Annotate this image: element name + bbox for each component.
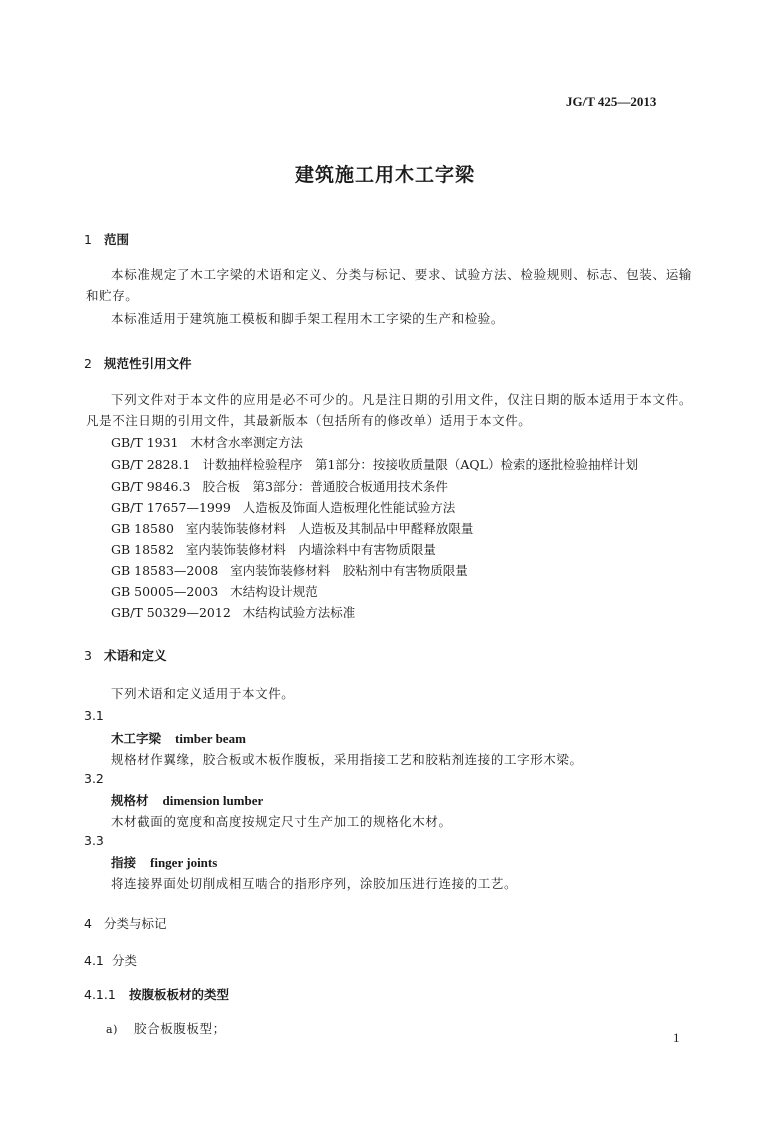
reference-item: GB/T 9846.3胶合板 第3部分：普通胶合板通用技术条件 (111, 477, 448, 495)
reference-code: GB/T 50329—2012 (111, 605, 231, 620)
document-page: JG/T 425—2013 建筑施工用木工字梁 1范围 本标准规定了木工字梁的术… (0, 0, 775, 1122)
reference-code: GB/T 2828.1 (111, 457, 190, 472)
section-3-intro: 下列术语和定义适用于本文件。 (111, 684, 294, 702)
reference-code: GB/T 1931 (111, 435, 179, 450)
list-item: a)胶合板腹板型； (106, 1019, 226, 1037)
section-1-paragraph-1: 本标准规定了木工字梁的术语和定义、分类与标记、要求、试验方法、检验规则、标志、包… (86, 264, 692, 306)
term-definition: 将连接界面处切削成相互啮合的指形序列，涂胶加压进行连接的工艺。 (111, 874, 517, 892)
subsection-number: 4.1.1 (84, 987, 129, 1002)
subsection-4-1-heading: 4.1分类 (84, 951, 137, 969)
reference-item: GB 18580室内装饰装修材料 人造板及其制品中甲醛释放限量 (111, 519, 473, 537)
reference-item: GB/T 2828.1计数抽样检验程序 第1部分：按接收质量限（AQL）检索的逐… (111, 455, 638, 473)
reference-item: GB/T 50329—2012木结构试验方法标准 (111, 603, 355, 621)
section-number: 3 (84, 648, 104, 663)
reference-item: GB 18582室内装饰装修材料 内墙涂料中有害物质限量 (111, 540, 436, 558)
subsection-4-1-1-heading: 4.1.1按腹板板材的类型 (84, 985, 229, 1003)
reference-title: 木结构试验方法标准 (243, 605, 356, 620)
term-heading: 指接finger joints (111, 853, 217, 871)
reference-title: 人造板及饰面人造板理化性能试验方法 (243, 500, 456, 515)
section-number: 1 (84, 232, 104, 247)
list-item-text: 胶合板腹板型； (134, 1021, 226, 1036)
term-number: 3.3 (84, 833, 104, 848)
subsection-title: 分类 (112, 953, 137, 968)
term-zh: 指接 (111, 855, 136, 870)
section-number: 4 (84, 916, 104, 931)
section-title: 范围 (104, 232, 129, 247)
reference-item: GB/T 17657—1999人造板及饰面人造板理化性能试验方法 (111, 498, 455, 516)
term-en: dimension lumber (163, 793, 264, 808)
term-zh: 木工字梁 (111, 731, 161, 746)
term-number: 3.2 (84, 771, 104, 786)
reference-item: GB/T 1931木材含水率测定方法 (111, 433, 303, 451)
reference-title: 室内装饰装修材料 胶粘剂中有害物质限量 (230, 563, 468, 578)
term-heading: 木工字梁timber beam (111, 729, 246, 747)
section-3-heading: 3术语和定义 (84, 646, 167, 664)
term-number: 3.1 (84, 708, 104, 723)
subsection-number: 4.1 (84, 953, 112, 968)
reference-title: 室内装饰装修材料 内墙涂料中有害物质限量 (186, 542, 436, 557)
standard-code: JG/T 425—2013 (566, 94, 656, 110)
reference-code: GB 50005—2003 (111, 584, 218, 599)
list-marker: a) (106, 1023, 134, 1036)
section-4-heading: 4分类与标记 (84, 914, 167, 932)
reference-code: GB 18582 (111, 542, 174, 557)
reference-code: GB/T 17657—1999 (111, 500, 231, 515)
reference-item: GB 50005—2003木结构设计规范 (111, 582, 318, 600)
term-heading: 规格材dimension lumber (111, 791, 263, 809)
term-definition: 木材截面的宽度和高度按规定尺寸生产加工的规格化木材。 (111, 812, 452, 830)
subsection-title: 按腹板板材的类型 (129, 987, 229, 1002)
page-number: 1 (673, 1030, 680, 1046)
section-title: 分类与标记 (104, 916, 167, 931)
section-2-heading: 2规范性引用文件 (84, 354, 192, 372)
reference-code: GB 18583—2008 (111, 563, 218, 578)
section-title: 术语和定义 (104, 648, 167, 663)
term-zh: 规格材 (111, 793, 149, 808)
reference-item: GB 18583—2008室内装饰装修材料 胶粘剂中有害物质限量 (111, 561, 468, 579)
reference-title: 计数抽样检验程序 第1部分：按接收质量限（AQL）检索的逐批检验抽样计划 (202, 457, 638, 472)
reference-code: GB 18580 (111, 521, 174, 536)
section-1-paragraph-2: 本标准适用于建筑施工模板和脚手架工程用木工字梁的生产和检验。 (111, 309, 504, 327)
reference-title: 木结构设计规范 (230, 584, 318, 599)
term-en: timber beam (175, 731, 246, 746)
term-definition: 规格材作翼缘，胶合板或木板作腹板，采用指接工艺和胶粘剂连接的工字形木梁。 (111, 750, 583, 768)
reference-title: 胶合板 第3部分：普通胶合板通用技术条件 (202, 479, 447, 494)
section-title: 规范性引用文件 (104, 356, 192, 371)
section-number: 2 (84, 356, 104, 371)
reference-title: 木材含水率测定方法 (191, 435, 304, 450)
section-1-heading: 1范围 (84, 230, 129, 248)
document-title: 建筑施工用木工字梁 (295, 160, 475, 187)
reference-title: 室内装饰装修材料 人造板及其制品中甲醛释放限量 (186, 521, 474, 536)
section-2-intro: 下列文件对于本文件的应用是必不可少的。凡是注日期的引用文件，仅注日期的版本适用于… (86, 389, 692, 431)
term-en: finger joints (150, 855, 217, 870)
reference-code: GB/T 9846.3 (111, 479, 190, 494)
